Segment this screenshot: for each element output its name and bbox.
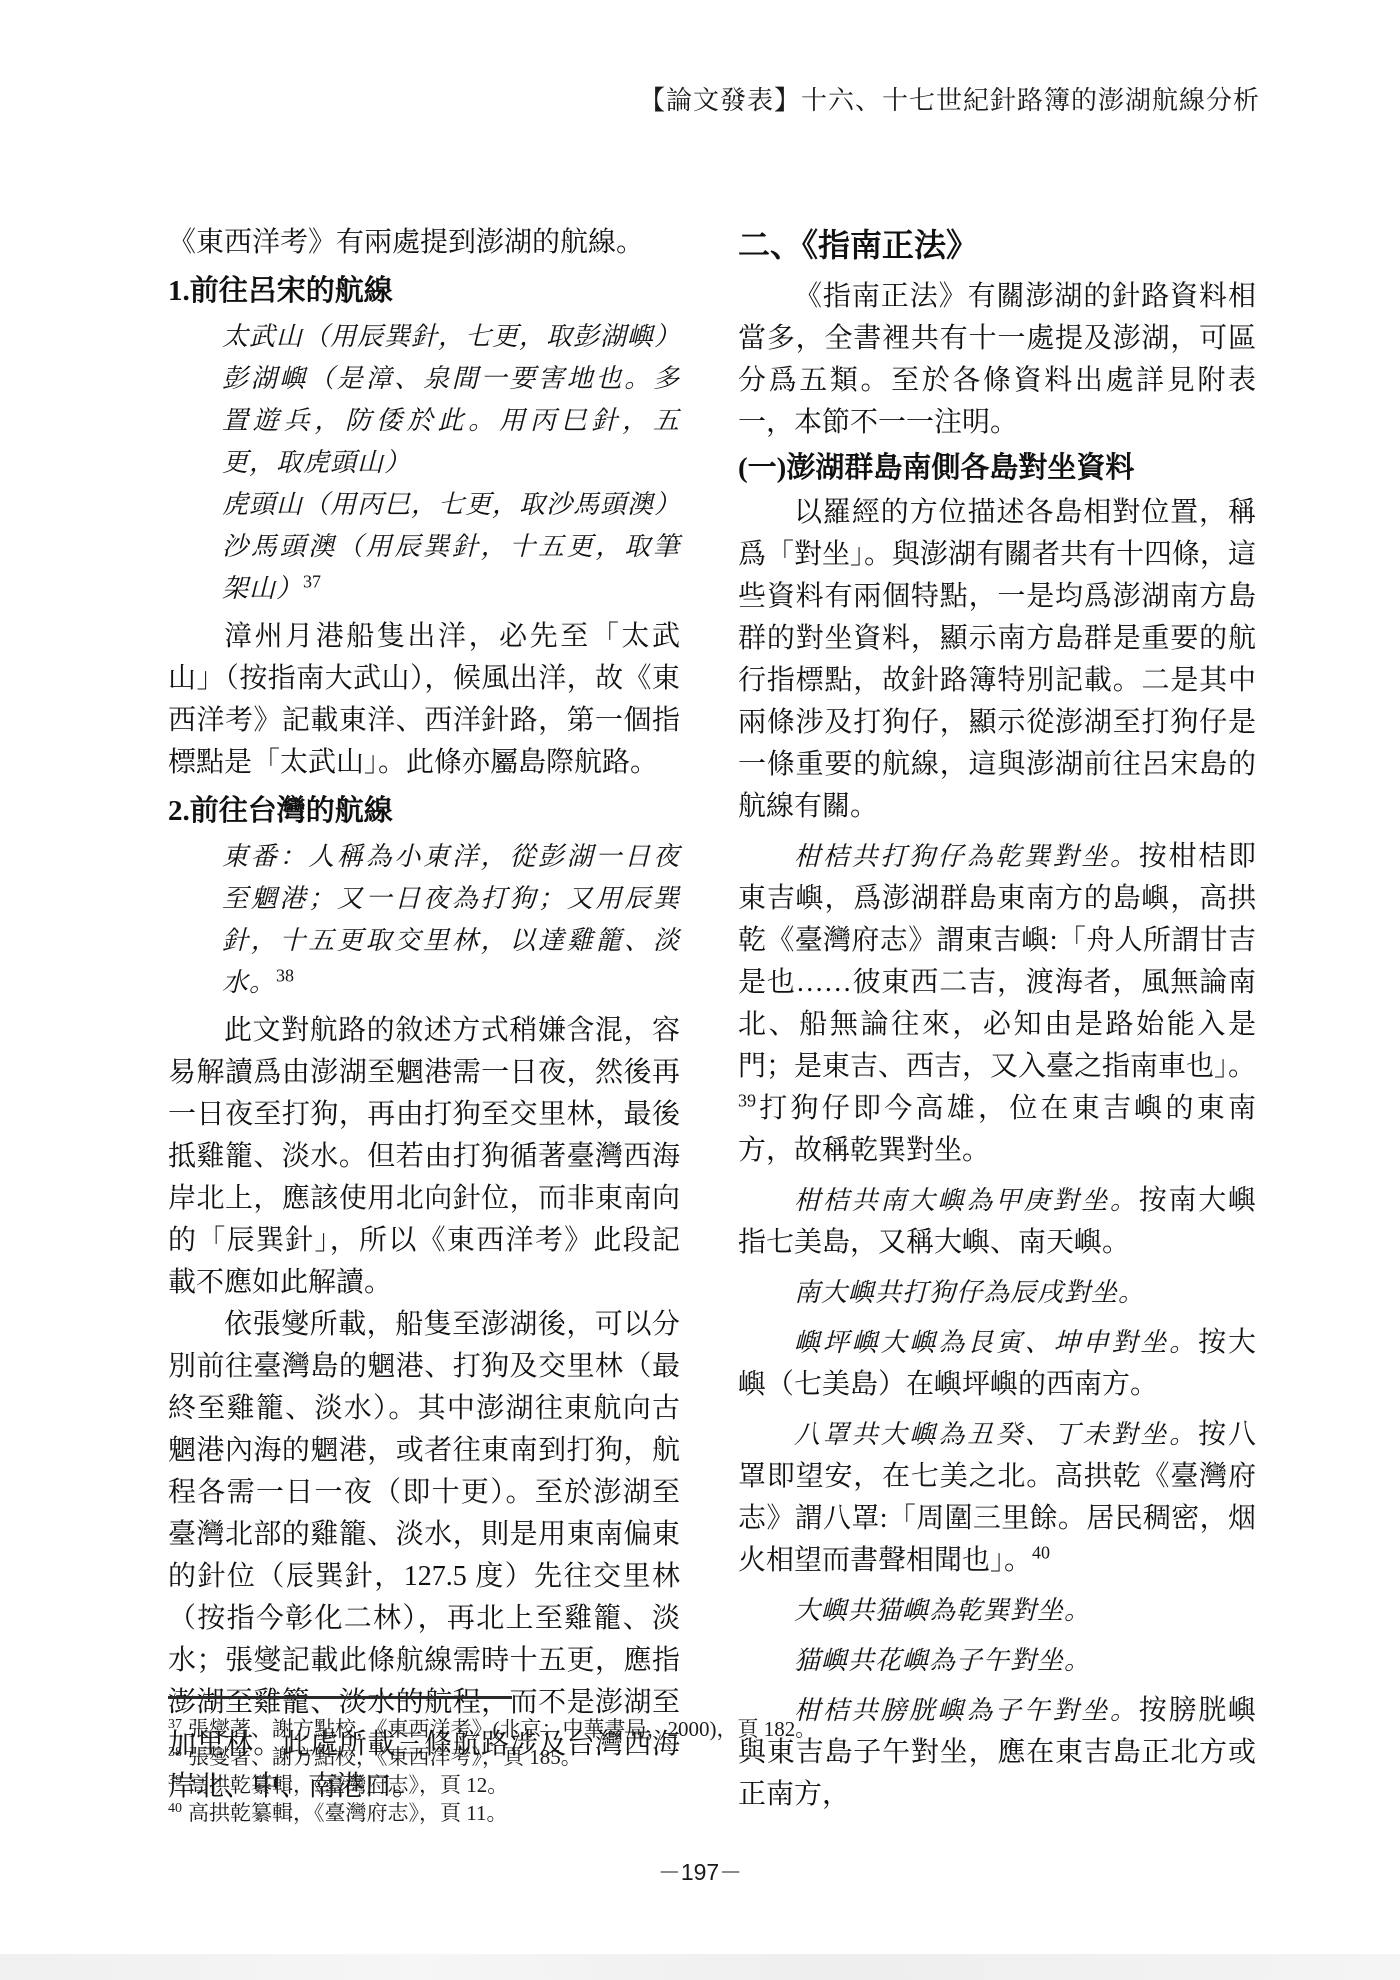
duizuo-entry: 柑桔共南大嶼為甲庚對坐。按南大嶼指七美島，又稱大嶼、南天嶼。 — [738, 1180, 1256, 1264]
duizuo-entry: 南大嶼共打狗仔為辰戌對坐。 — [738, 1272, 1256, 1314]
running-header: 【論文發表】十六、十七世紀針路簿的澎湖航線分析 — [639, 84, 1260, 118]
subsection-heading-duizuo: (一)澎湖群島南側各島對坐資料 — [738, 446, 1256, 490]
duizuo-entry: 大嶼共猫嶼為乾巽對坐。 — [738, 1590, 1256, 1632]
section-heading-zhinan-zhengfa: 二、《指南正法》 — [738, 222, 1256, 268]
duizuo-entry-kai-text: 嶼坪嶼大嶼為艮寅、坤申對坐。 — [794, 1328, 1198, 1357]
quote-line: 東番：人稱為小東洋，從彭湖一日夜至魍港；又一日夜為打狗；又用辰巽針，十五更取交里… — [222, 836, 680, 1004]
paragraph-duizuo-explanation: 以羅經的方位描述各島相對位置，稱爲「對坐」。與澎湖有關者共有十四條，這些資料有兩… — [738, 492, 1256, 828]
document-page: 【論文發表】十六、十七世紀針路簿的澎湖航線分析 《東西洋考》有兩處提到澎湖的航線… — [0, 0, 1400, 1980]
section-heading-luzon: 1.前往呂宋的航線 — [168, 270, 680, 312]
scan-artifact-strip — [0, 1954, 1400, 1980]
right-column: 二、《指南正法》 《指南正法》有關澎湖的針路資料相當多，全書裡共有十一處提及澎湖… — [738, 222, 1256, 1816]
duizuo-entry: 柑桔共打狗仔為乾巽對坐。按柑桔即東吉嶼，爲澎湖群島東南方的島嶼，高拱乾《臺灣府志… — [738, 836, 1256, 1172]
section-heading-taiwan: 2.前往台灣的航線 — [168, 790, 680, 832]
duizuo-entry: 嶼坪嶼大嶼為艮寅、坤申對坐。按大嶼（七美島）在嶼坪嶼的西南方。 — [738, 1322, 1256, 1406]
duizuo-entry-kai-text: 八罩共大嶼為丑癸、丁未對坐。 — [794, 1420, 1198, 1449]
duizuo-entry-kai-text: 南大嶼共打狗仔為辰戌對坐。 — [794, 1278, 1145, 1307]
footnote-number: 38 — [168, 1745, 182, 1760]
duizuo-entry: 八罩共大嶼為丑癸、丁未對坐。按八罩即望安，在七美之北。高拱乾《臺灣府志》謂八罩:… — [738, 1414, 1256, 1582]
duizuo-entry-list: 柑桔共打狗仔為乾巽對坐。按柑桔即東吉嶼，爲澎湖群島東南方的島嶼，高拱乾《臺灣府志… — [738, 836, 1256, 1816]
quote-block-taiwan-route: 東番：人稱為小東洋，從彭湖一日夜至魍港；又一日夜為打狗；又用辰巽針，十五更取交里… — [168, 836, 680, 1004]
duizuo-entry: 猫嶼共花嶼為子午對坐。 — [738, 1640, 1256, 1682]
footnote-number: 37 — [168, 1717, 182, 1732]
quote-line: 太武山（用辰巽針，七更，取彭湖嶼） — [222, 316, 680, 358]
paragraph-zhinan-intro: 《指南正法》有關澎湖的針路資料相當多，全書裡共有十一處提及澎湖，可區分爲五類。至… — [738, 276, 1256, 444]
quote-line: 虎頭山（用丙巳，七更，取沙馬頭澳） — [222, 484, 680, 526]
footnote-ref: 40 — [1032, 1543, 1050, 1563]
footnote-ref: 39 — [738, 1091, 756, 1111]
footnote-item: 39高拱乾纂輯，《臺灣府志》，頁 12。 — [168, 1771, 928, 1799]
footnotes-section: 37張燮著、謝方點校，《東西洋考》(北京：中華書局，2000)，頁 182。38… — [168, 1696, 928, 1827]
paragraph-intro: 《東西洋考》有兩處提到澎湖的航線。 — [168, 222, 680, 264]
quote-line: 沙馬頭澳（用辰巽針，十五更，取筆架山）37 — [222, 526, 680, 610]
footnote-ref: 37 — [303, 571, 321, 591]
footnote-item: 37張燮著、謝方點校，《東西洋考》(北京：中華書局，2000)，頁 182。 — [168, 1715, 928, 1743]
footnote-number: 40 — [168, 1801, 182, 1816]
left-column: 《東西洋考》有兩處提到澎湖的航線。 1.前往呂宋的航線 太武山（用辰巽針，七更，… — [168, 222, 680, 1808]
footnote-item: 40高拱乾纂輯，《臺灣府志》，頁 11。 — [168, 1799, 928, 1827]
footnote-item: 38張燮著、謝方點校，《東西洋考》，頁 185。 — [168, 1743, 928, 1771]
footnote-number: 39 — [168, 1773, 182, 1788]
duizuo-entry-kai-text: 猫嶼共花嶼為子午對坐。 — [794, 1646, 1091, 1675]
footnote-ref: 38 — [276, 965, 294, 985]
paragraph-yuegang: 漳州月港船隻出洋，必先至「太武山」（按指南大武山），候風出洋，故《東西洋考》記載… — [168, 616, 680, 784]
footnote-list: 37張燮著、謝方點校，《東西洋考》(北京：中華書局，2000)，頁 182。38… — [168, 1715, 928, 1827]
duizuo-entry-kai-text: 大嶼共猫嶼為乾巽對坐。 — [794, 1596, 1091, 1625]
footnote-separator — [168, 1696, 512, 1699]
quote-block-luzon-route: 太武山（用辰巽針，七更，取彭湖嶼）彭湖嶼（是漳、泉間一要害地也。多置遊兵，防倭於… — [168, 316, 680, 610]
page-number: －197－ — [0, 1854, 1400, 1887]
paragraph-route-interpretation: 此文對航路的敘述方式稍嫌含混，容易解讀爲由澎湖至魍港需一日夜，然後再一日夜至打狗… — [168, 1010, 680, 1304]
duizuo-entry-kai-text: 柑桔共南大嶼為甲庚對坐。 — [794, 1186, 1139, 1215]
duizuo-entry-kai-text: 柑桔共打狗仔為乾巽對坐。 — [794, 842, 1139, 871]
quote-line: 彭湖嶼（是漳、泉間一要害地也。多置遊兵，防倭於此。用丙巳針，五更，取虎頭山） — [222, 358, 680, 484]
